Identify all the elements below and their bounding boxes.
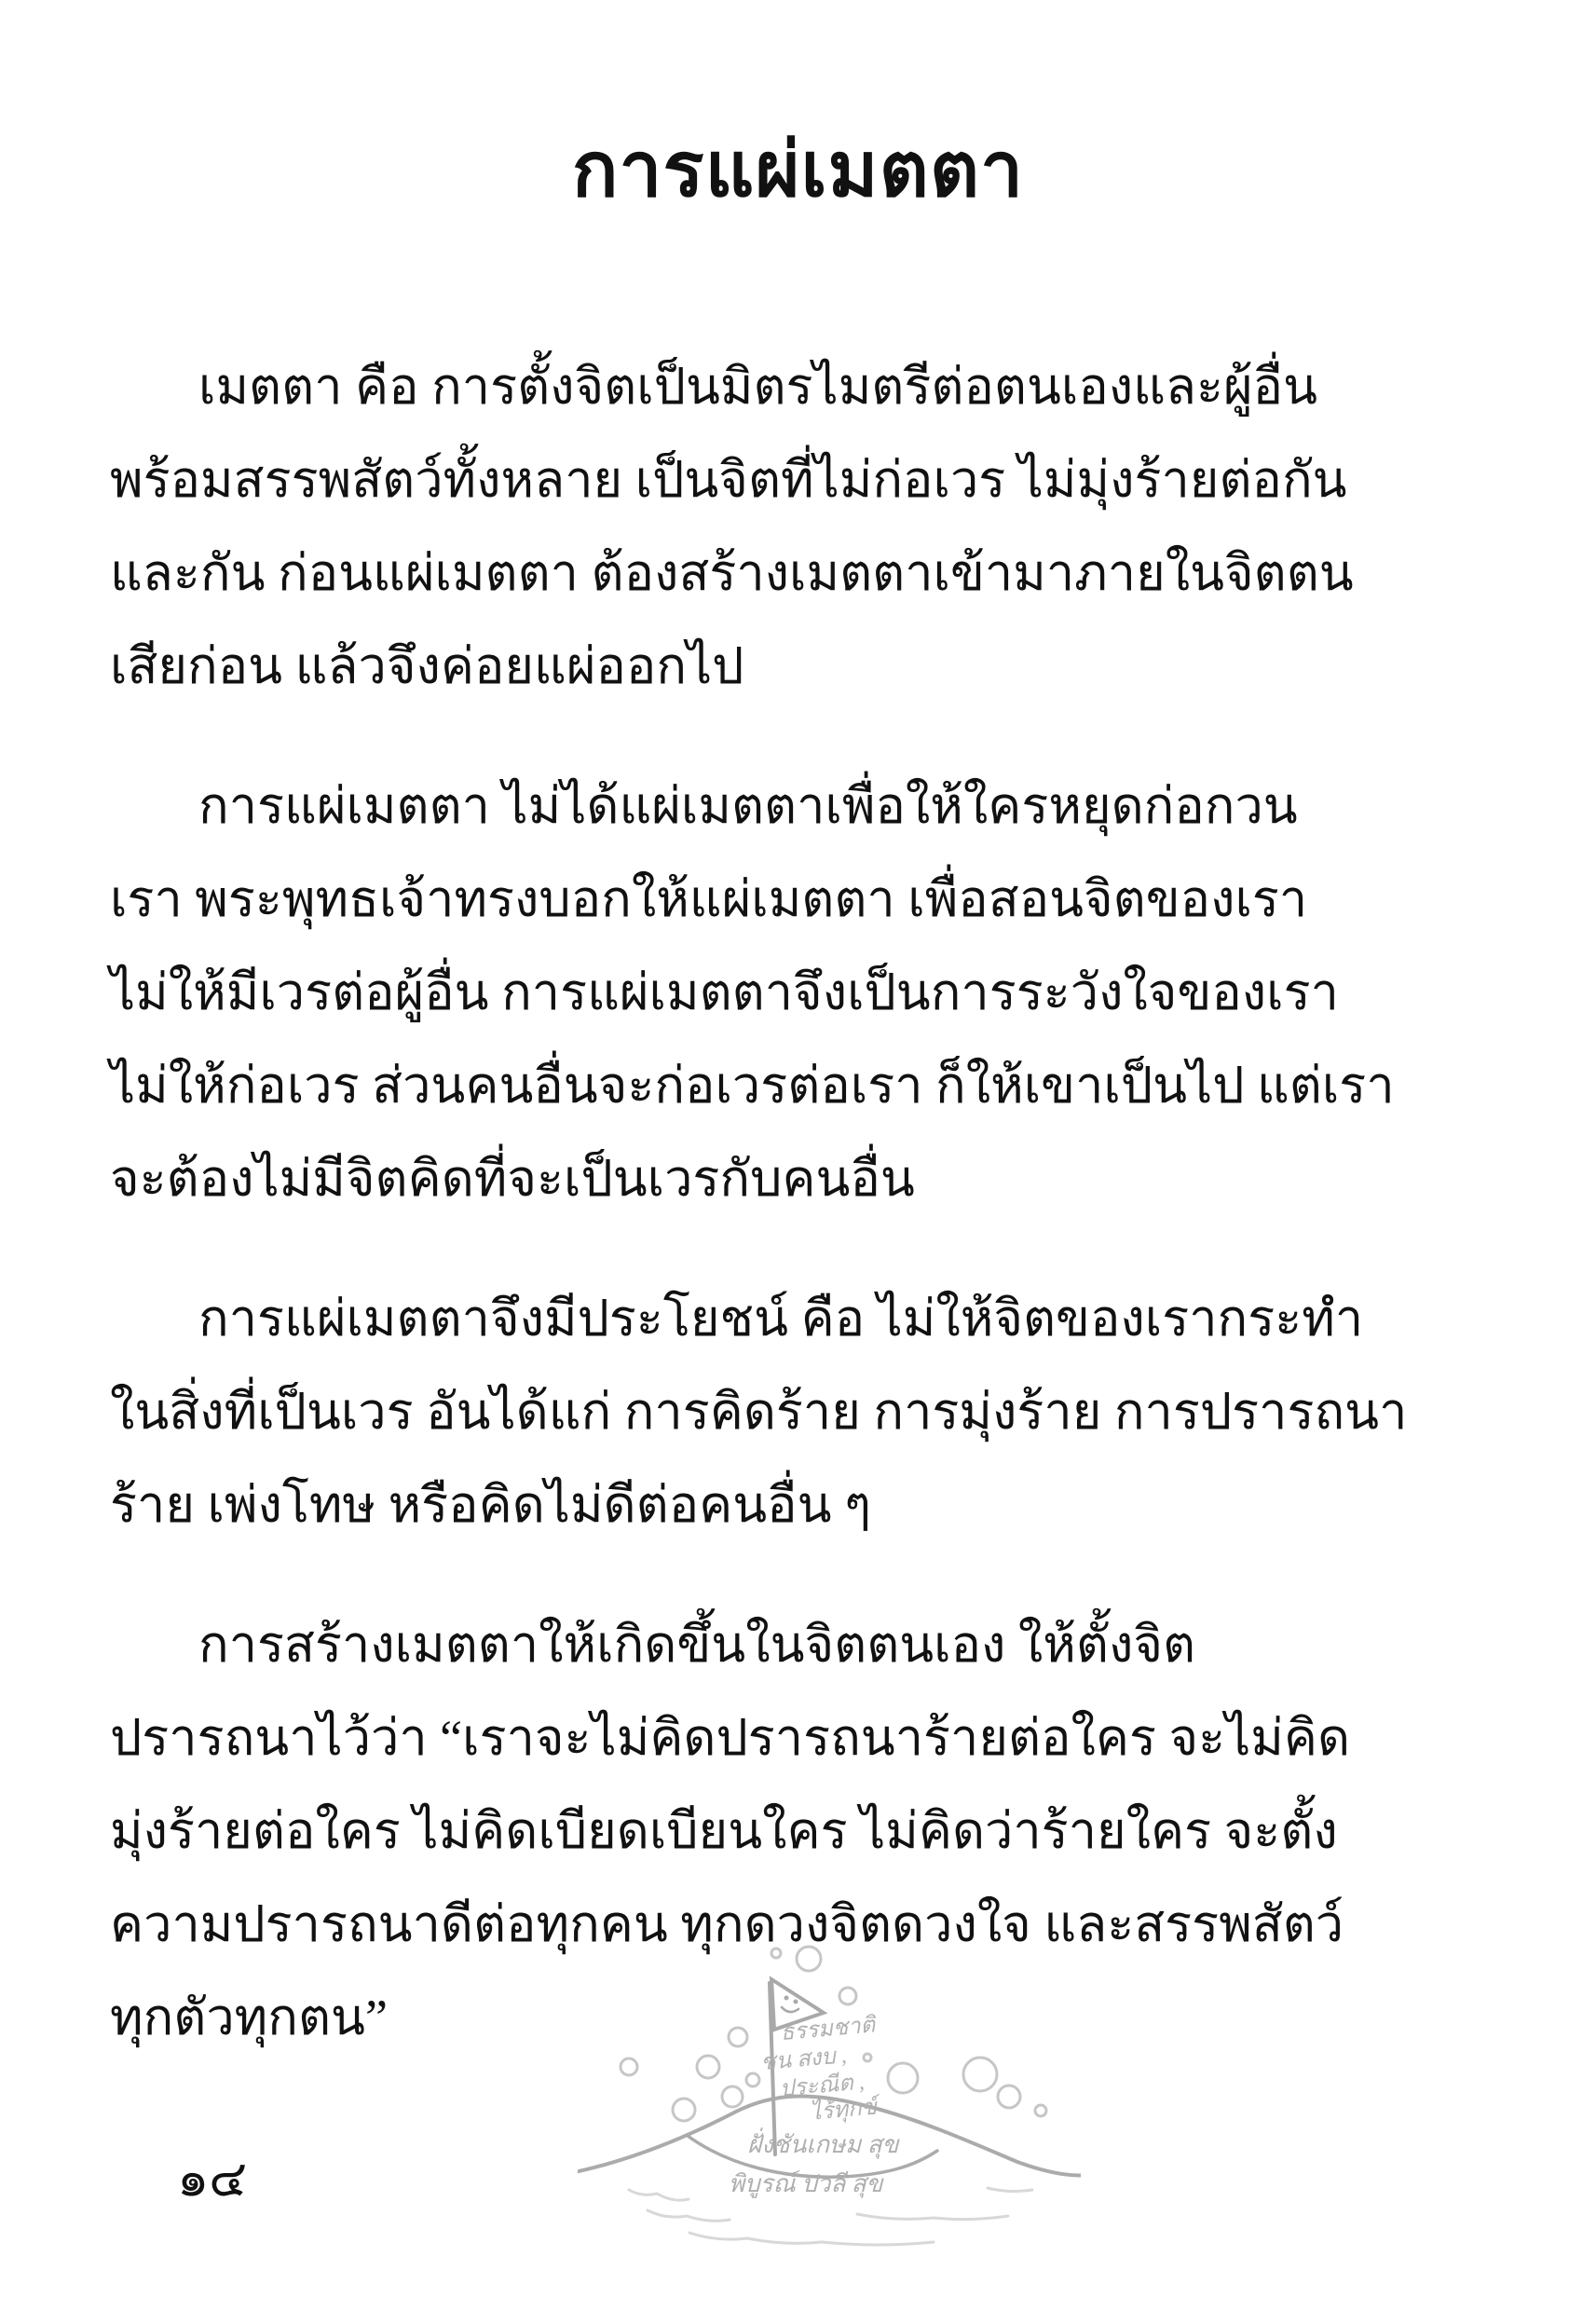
handwriting-line: ธรรมชาติ <box>780 2013 878 2045</box>
text-line: การแผ่เมตตา ไม่ได้แผ่เมตตาเพื่อให้ใครหยุ… <box>110 759 1491 853</box>
text-line: ในสิ่งที่เป็นเวร อันได้แก่ การคิดร้าย กา… <box>110 1365 1491 1458</box>
sketch-handwriting-hill: ฝั่งชันเกษม สุข พิบูรณ์ ปวลี สุข <box>729 2127 901 2198</box>
handwriting-line: ฝั่งชันเกษม สุข <box>747 2127 901 2159</box>
hill-flag-sketch: ธรรมชาติ ชน สงบ , ประณีต , ไร้ทุกข์ ฝั่ง… <box>578 1938 1081 2311</box>
text-line: การแผ่เมตตาจึงมีประโยชน์ คือ ไม่ให้จิตขอ… <box>110 1272 1491 1365</box>
text-line: และกัน ก่อนแผ่เมตตา ต้องสร้างเมตตาเข้ามา… <box>110 526 1491 620</box>
text-line: จะต้องไม่มีจิตคิดที่จะเป็นเวรกับคนอื่น <box>110 1132 1491 1225</box>
body-text: เมตตา คือ การตั้งจิตเป็นมิตรไมตรีต่อตนเอ… <box>110 340 1491 2111</box>
text-line: เสียก่อน แล้วจึงค่อยแผ่ออกไป <box>110 620 1491 713</box>
text-line: เรา พระพุทธเจ้าทรงบอกให้แผ่เมตตา เพื่อสอ… <box>110 853 1491 946</box>
paragraph-3: การแผ่เมตตาจึงมีประโยชน์ คือ ไม่ให้จิตขอ… <box>110 1272 1491 1552</box>
paragraph-2: การแผ่เมตตา ไม่ได้แผ่เมตตาเพื่อให้ใครหยุ… <box>110 759 1491 1225</box>
text-line: การสร้างเมตตาให้เกิดขึ้นในจิตตนเอง ให้ตั… <box>110 1598 1491 1691</box>
smiley-face-icon <box>782 1996 798 2013</box>
text-line: มุ่งร้ายต่อใคร ไม่คิดเบียดเบียนใคร ไม่คิ… <box>110 1785 1491 1878</box>
handwriting-line: พิบูรณ์ ปวลี สุข <box>729 2170 885 2198</box>
text-line: เมตตา คือ การตั้งจิตเป็นมิตรไมตรีต่อตนเอ… <box>110 340 1491 433</box>
book-page: การแผ่เมตตา เมตตา คือ การตั้งจิตเป็นมิตร… <box>0 0 1596 2311</box>
text-line: พร้อมสรรพสัตว์ทั้งหลาย เป็นจิตที่ไม่ก่อเ… <box>110 433 1491 526</box>
text-line: ไม่ให้มีเวรต่อผู้อื่น การแผ่เมตตาจึงเป็น… <box>110 946 1491 1039</box>
text-line: ปรารถนาไว้ว่า “เราจะไม่คิดปรารถนาร้ายต่อ… <box>110 1691 1491 1785</box>
text-line: ร้าย เพ่งโทษ หรือคิดไม่ดีต่อคนอื่น ๆ <box>110 1458 1491 1552</box>
page-title: การแผ่เมตตา <box>0 119 1596 222</box>
paragraph-1: เมตตา คือ การตั้งจิตเป็นมิตรไมตรีต่อตนเอ… <box>110 340 1491 713</box>
text-line: ไม่ให้ก่อเวร ส่วนคนอื่นจะก่อเวรต่อเรา ก็… <box>110 1039 1491 1132</box>
page-number: ๑๔ <box>177 2151 247 2207</box>
